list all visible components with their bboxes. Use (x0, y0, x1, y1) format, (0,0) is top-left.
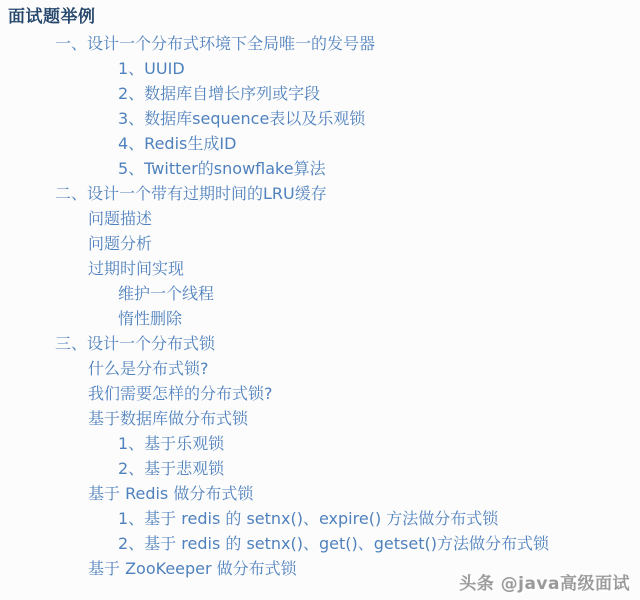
toc-item[interactable]: 我们需要怎样的分布式锁? (0, 381, 640, 406)
toc-item[interactable]: 惰性删除 (0, 306, 640, 331)
toc-list: 一、设计一个分布式环境下全局唯一的发号器1、UUID2、数据库自增长序列或字段3… (0, 27, 640, 581)
toc-item[interactable]: 1、UUID (0, 56, 640, 81)
page-title: 面试题举例 (0, 0, 640, 27)
watermark: 头条 @java高级面试 (459, 569, 630, 594)
toc-item[interactable]: 三、设计一个分布式锁 (0, 331, 640, 356)
toc-item[interactable]: 维护一个线程 (0, 281, 640, 306)
toc-item[interactable]: 过期时间实现 (0, 256, 640, 281)
toc-item[interactable]: 基于 Redis 做分布式锁 (0, 481, 640, 506)
toc-item[interactable]: 5、Twitter的snowflake算法 (0, 156, 640, 181)
toc-item[interactable]: 问题分析 (0, 231, 640, 256)
toc-item[interactable]: 2、基于悲观锁 (0, 456, 640, 481)
toc-item[interactable]: 2、数据库自增长序列或字段 (0, 81, 640, 106)
toc-item[interactable]: 2、基于 redis 的 setnx()、get()、getset()方法做分布… (0, 531, 640, 556)
toc-item[interactable]: 1、基于 redis 的 setnx()、expire() 方法做分布式锁 (0, 506, 640, 531)
toc-item[interactable]: 基于数据库做分布式锁 (0, 406, 640, 431)
document-page: 面试题举例 一、设计一个分布式环境下全局唯一的发号器1、UUID2、数据库自增长… (0, 0, 640, 600)
toc-item[interactable]: 二、设计一个带有过期时间的LRU缓存 (0, 181, 640, 206)
toc-item[interactable]: 什么是分布式锁? (0, 356, 640, 381)
toc-item[interactable]: 一、设计一个分布式环境下全局唯一的发号器 (0, 31, 640, 56)
toc-item[interactable]: 问题描述 (0, 206, 640, 231)
toc-item[interactable]: 4、Redis生成ID (0, 131, 640, 156)
toc-item[interactable]: 1、基于乐观锁 (0, 431, 640, 456)
toc-item[interactable]: 3、数据库sequence表以及乐观锁 (0, 106, 640, 131)
